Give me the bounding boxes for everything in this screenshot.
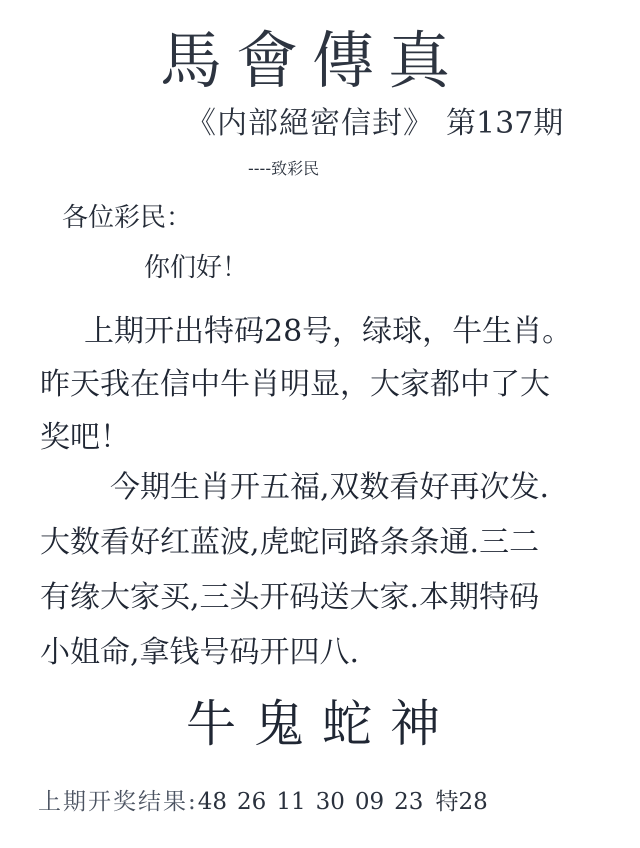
slogan: 牛鬼蛇神: [186, 692, 458, 756]
issue-number: 第137期: [446, 106, 563, 141]
special-label: 特: [435, 789, 458, 815]
dedication: ----致彩民: [248, 158, 319, 180]
paragraph-line: 小姐命,拿钱号码开四八.: [40, 625, 549, 680]
paragraph-prediction: 今期生肖开五福,双数看好再次发. 大数看好红蓝波,虎蛇同路条条通.三二 有缘大家…: [40, 460, 549, 680]
result-number: 23: [394, 789, 423, 815]
paragraph-line: 今期生肖开五福,双数看好再次发.: [40, 460, 549, 515]
greeting: 各位彩民：: [62, 200, 192, 236]
hello-line: 你们好！: [144, 250, 248, 286]
results-label: 上期开奖结果:: [38, 789, 198, 815]
paragraph-line: 上期开出特码28号，绿球，牛生肖。: [40, 305, 572, 358]
paragraph-line: 大数看好红蓝波,虎蛇同路条条通.三二: [40, 515, 549, 570]
subtitle: 《内部絕密信封》第137期: [186, 104, 563, 144]
result-number: 09: [355, 789, 384, 815]
paragraph-previous-result: 上期开出特码28号，绿球，牛生肖。 昨天我在信中牛肖明显，大家都中了大 奖吧！: [40, 305, 572, 464]
paragraph-line: 昨天我在信中牛肖明显，大家都中了大: [40, 358, 572, 411]
result-number: 11: [276, 789, 305, 815]
paragraph-line: 奖吧！: [40, 411, 572, 464]
result-number: 26: [237, 789, 266, 815]
result-number: 48: [198, 789, 227, 815]
series-name: 《内部絕密信封》: [186, 106, 434, 141]
last-results: 上期开奖结果:482611300923特28: [38, 786, 488, 818]
paragraph-line: 有缘大家买,三头开码送大家.本期特码: [40, 570, 549, 625]
document-title: 馬會傳真: [160, 26, 460, 96]
result-number: 30: [316, 789, 345, 815]
special-number: 28: [458, 789, 487, 815]
